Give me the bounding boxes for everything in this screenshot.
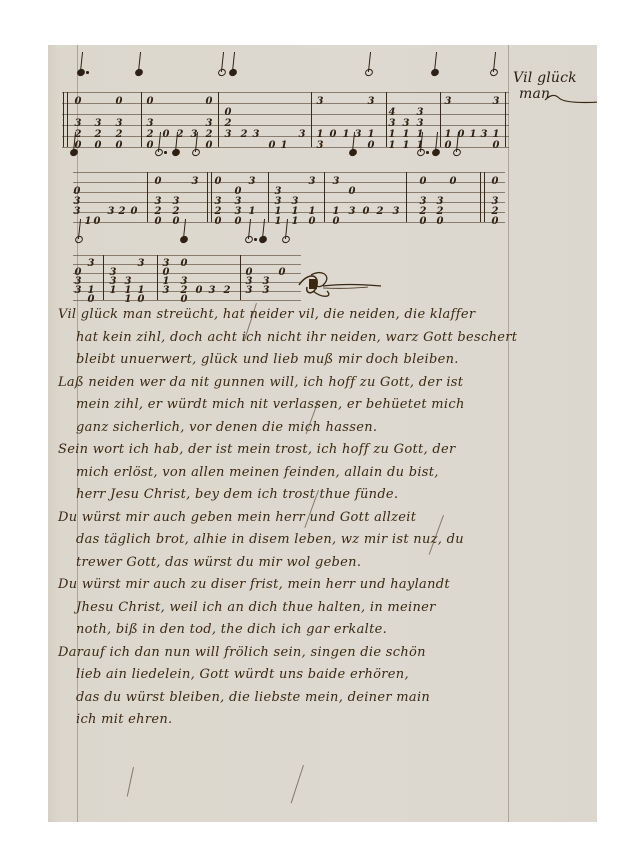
- rhythm-dotted-half-icon: [76, 52, 86, 78]
- verse-first-line: Darauf ich dan nun will frölich sein, si…: [58, 645, 426, 660]
- staff-line: [62, 136, 509, 137]
- tab-fret-number: 1: [389, 141, 396, 151]
- barline: [157, 255, 158, 300]
- tab-fret-number: 2: [119, 207, 126, 217]
- tab-fret-number: 1: [249, 207, 256, 217]
- tab-fret-number: 3: [74, 207, 81, 217]
- tab-fret-number: 2: [147, 130, 154, 140]
- tab-fret-number: 1: [281, 141, 288, 151]
- tab-fret-number: 3: [349, 207, 356, 217]
- staff-line: [73, 172, 505, 173]
- verse-line: herr Jesu Christ, bey dem ich trost thue…: [76, 487, 398, 502]
- verse-line: ich mit ehren.: [76, 712, 172, 727]
- tab-fret-number: 0: [94, 217, 101, 227]
- tab-fret-number: 3: [249, 177, 256, 187]
- tab-fret-number: 3: [403, 119, 410, 129]
- piece-title: Vil glück man: [513, 70, 577, 102]
- tab-fret-number: 0: [368, 141, 375, 151]
- tab-fret-number: 3: [481, 130, 488, 140]
- tab-fret-number: 0: [215, 177, 222, 187]
- tablature-system-3: 03331033131131030130320032033330: [73, 255, 301, 303]
- verse-line: das du würst bleiben, die liebste mein, …: [76, 690, 430, 705]
- tab-fret-number: 0: [138, 295, 145, 305]
- tablature-system-2: 0331032003203203032003303133113113103100…: [73, 172, 505, 224]
- tablature-system-1: 0320320032003200230320023230133130133104…: [62, 92, 509, 150]
- tab-fret-number: 2: [241, 130, 248, 140]
- rhythm-quarter-icon: [134, 52, 144, 78]
- tab-fret-number: 3: [88, 259, 95, 269]
- pen-stroke: [291, 765, 304, 803]
- verse-line: mein zihl, er würdt mich nit verlassen, …: [76, 397, 465, 412]
- tab-fret-number: 3: [225, 130, 232, 140]
- tab-fret-number: 3: [206, 119, 213, 129]
- verse-line: hat kein zihl, doch acht ich nicht ihr n…: [76, 330, 517, 345]
- rhythm-dotted-half-icon: [154, 132, 164, 158]
- tab-fret-number: 0: [279, 268, 286, 278]
- rhythm-half-icon: [452, 132, 462, 158]
- tab-fret-number: 2: [206, 130, 213, 140]
- rhythm-quarter-icon: [171, 132, 181, 158]
- title-flourish-icon: [543, 92, 597, 106]
- tab-fret-number: 0: [309, 217, 316, 227]
- tab-fret-number: 3: [75, 119, 82, 129]
- tab-fret-number: 4: [389, 108, 396, 118]
- tab-fret-number: 1: [470, 130, 477, 140]
- verse-first-line: Du würst mir auch zu diser frist, mein h…: [58, 577, 450, 592]
- tab-fret-number: 1: [292, 217, 299, 227]
- verse-line: das täglich brot, alhie in disem leben, …: [76, 532, 464, 547]
- tab-fret-number: 0: [349, 187, 356, 197]
- rhythm-half-icon: [489, 52, 499, 78]
- tab-fret-number: 0: [492, 217, 499, 227]
- tab-fret-number: 1: [403, 130, 410, 140]
- manuscript-page: Vil glück man 03203200320032002303200232…: [48, 45, 597, 822]
- tab-fret-number: 3: [246, 286, 253, 296]
- tab-fret-number: 3: [116, 119, 123, 129]
- verse-line: mich erlöst, von allen meinen feinden, a…: [76, 465, 439, 480]
- barline: [386, 92, 387, 147]
- tab-fret-number: 3: [75, 286, 82, 296]
- rhythm-quarter-icon: [228, 52, 238, 78]
- tab-fret-number: 1: [85, 217, 92, 227]
- verse-first-line: Sein wort ich hab, der ist mein trost, i…: [58, 442, 456, 457]
- tab-fret-number: 0: [437, 217, 444, 227]
- tab-fret-number: 3: [108, 207, 115, 217]
- tab-fret-number: 0: [131, 207, 138, 217]
- tab-fret-number: 0: [95, 141, 102, 151]
- tab-fret-number: 1: [110, 286, 117, 296]
- tab-fret-number: 1: [368, 130, 375, 140]
- tab-fret-number: 0: [215, 217, 222, 227]
- rhythm-quarter-icon: [258, 219, 268, 245]
- barline: [268, 172, 269, 222]
- rhythm-half-icon: [74, 219, 84, 245]
- tab-fret-number: 1: [403, 141, 410, 151]
- ending-flourish-icon: [293, 269, 383, 303]
- tab-fret-number: 0: [155, 217, 162, 227]
- tab-fret-number: 0: [88, 295, 95, 305]
- tab-fret-number: 3: [309, 177, 316, 187]
- tab-fret-number: 3: [192, 177, 199, 187]
- verse-first-line: Laß neiden wer da nit gunnen will, ich h…: [58, 375, 463, 390]
- rhythm-quarter-icon: [431, 132, 441, 158]
- tab-fret-number: 3: [368, 97, 375, 107]
- tab-fret-number: 0: [206, 97, 213, 107]
- verse-line: trewer Gott, das würst du mir wol geben.: [76, 555, 361, 570]
- repeat-barline: [63, 92, 68, 147]
- tab-fret-number: 0: [445, 141, 452, 151]
- tab-fret-number: 0: [155, 177, 162, 187]
- tab-fret-number: 0: [363, 207, 370, 217]
- tab-fret-number: 0: [493, 141, 500, 151]
- rhythm-half-icon: [191, 132, 201, 158]
- tab-fret-number: 2: [377, 207, 384, 217]
- tab-fret-number: 0: [116, 141, 123, 151]
- tab-fret-number: 0: [330, 130, 337, 140]
- tab-fret-number: 3: [138, 259, 145, 269]
- verse-line: Jhesu Christ, weil ich an dich thue halt…: [76, 600, 436, 615]
- tab-fret-number: 3: [333, 177, 340, 187]
- tab-fret-number: 0: [450, 177, 457, 187]
- tab-fret-number: 2: [224, 286, 231, 296]
- tab-fret-number: 3: [317, 141, 324, 151]
- tab-fret-number: 3: [417, 108, 424, 118]
- rhythm-quarter-icon: [348, 132, 358, 158]
- tab-fret-number: 0: [420, 217, 427, 227]
- barline: [406, 172, 407, 222]
- tab-fret-number: 0: [147, 97, 154, 107]
- tab-fret-number: 3: [95, 119, 102, 129]
- tab-fret-number: 0: [75, 97, 82, 107]
- tab-fret-number: 1: [125, 295, 132, 305]
- tab-fret-number: 3: [163, 286, 170, 296]
- tab-fret-number: 3: [393, 207, 400, 217]
- rhythm-dotted-half-icon: [416, 132, 426, 158]
- pen-stroke: [127, 767, 134, 797]
- barline: [240, 255, 241, 300]
- tab-fret-number: 0: [206, 141, 213, 151]
- staff-line: [73, 273, 301, 274]
- barline: [324, 172, 325, 222]
- verse-line: ganz sicherlich, vor denen die mich hass…: [76, 420, 377, 435]
- barline: [147, 172, 148, 222]
- repeat-barline: [480, 172, 485, 222]
- tab-fret-number: 0: [196, 286, 203, 296]
- tab-fret-number: 2: [116, 130, 123, 140]
- tab-fret-number: 3: [147, 119, 154, 129]
- tab-fret-number: 0: [269, 141, 276, 151]
- verse-line: bleibt unuerwert, glück und lieb muß mir…: [76, 352, 459, 367]
- tab-fret-number: 3: [317, 97, 324, 107]
- tab-fret-number: 0: [492, 177, 499, 187]
- tab-fret-number: 3: [493, 97, 500, 107]
- barline: [311, 92, 312, 147]
- tab-fret-number: 3: [209, 286, 216, 296]
- staff-line: [73, 192, 505, 193]
- tab-fret-number: 0: [235, 217, 242, 227]
- tab-fret-number: 1: [493, 130, 500, 140]
- verse-first-line: Du würst mir auch geben mein herr und Go…: [58, 510, 416, 525]
- tab-fret-number: 2: [95, 130, 102, 140]
- rhythm-half-icon: [281, 219, 291, 245]
- tab-fret-number: 3: [445, 97, 452, 107]
- barline: [218, 92, 219, 147]
- verse-line: noth, biß in den tod, the dich ich gar e…: [76, 622, 387, 637]
- tab-fret-number: 1: [445, 130, 452, 140]
- staff-line: [73, 182, 505, 183]
- verse-first-line: Vil glück man streücht, hat neider vil, …: [58, 307, 475, 322]
- barline: [103, 255, 104, 300]
- rhythm-half-icon: [364, 52, 374, 78]
- tab-fret-number: 1: [389, 130, 396, 140]
- tab-fret-number: 3: [389, 119, 396, 129]
- tab-fret-number: 2: [225, 119, 232, 129]
- staff-line: [62, 103, 509, 104]
- barline: [505, 92, 506, 147]
- rhythm-half-icon: [217, 52, 227, 78]
- tab-fret-number: 3: [299, 130, 306, 140]
- tab-fret-number: 3: [263, 286, 270, 296]
- tab-fret-number: 0: [147, 141, 154, 151]
- rhythm-quarter-icon: [179, 219, 189, 245]
- tab-fret-number: 0: [333, 217, 340, 227]
- tab-fret-number: 0: [181, 259, 188, 269]
- staff-line: [73, 255, 301, 256]
- staff-line: [62, 114, 509, 115]
- rhythm-quarter-icon: [69, 132, 79, 158]
- tab-fret-number: 0: [116, 97, 123, 107]
- tab-fret-number: 3: [253, 130, 260, 140]
- tab-fret-number: 3: [417, 119, 424, 129]
- rhythm-quarter-icon: [430, 52, 440, 78]
- staff-line: [62, 125, 509, 126]
- verse-line: lieb ain liedelein, Gott würdt uns baide…: [76, 667, 409, 682]
- tab-fret-number: 0: [181, 295, 188, 305]
- tab-fret-number: 1: [317, 130, 324, 140]
- tab-fret-number: 0: [225, 108, 232, 118]
- repeat-barline: [207, 172, 212, 222]
- tab-fret-number: 0: [420, 177, 427, 187]
- piece-title-line-1: Vil glück: [513, 70, 577, 86]
- barline: [141, 92, 142, 147]
- rhythm-dotted-half-icon: [244, 219, 254, 245]
- right-margin-rule: [508, 45, 509, 822]
- staff-line: [62, 92, 509, 93]
